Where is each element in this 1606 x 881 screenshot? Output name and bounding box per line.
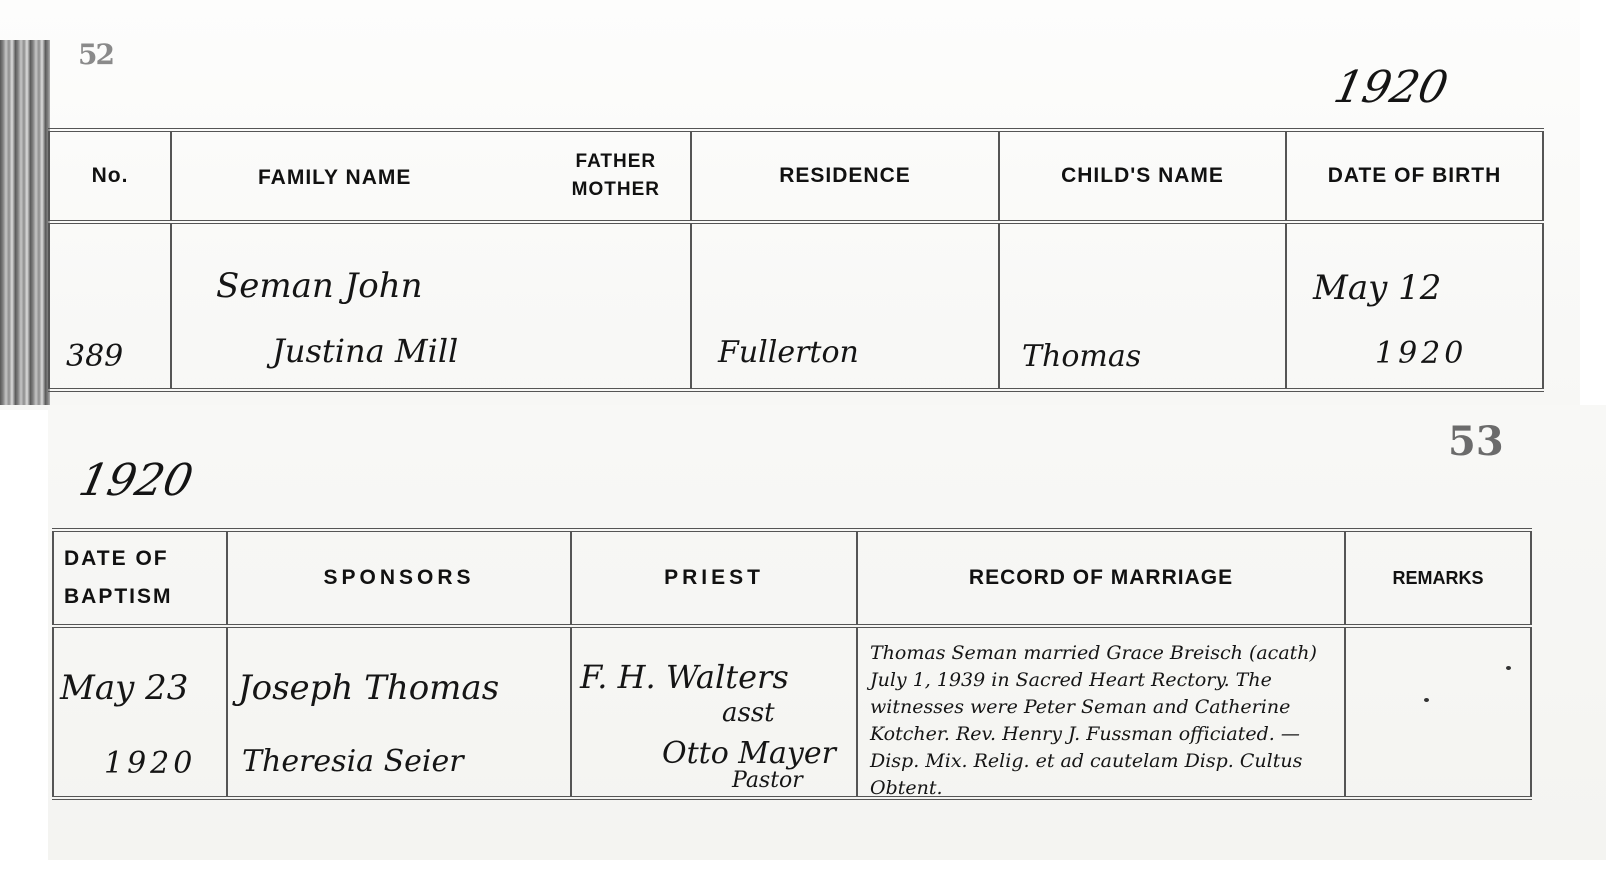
baptism-month-day: May 23 (60, 668, 188, 708)
col-dob-label: DATE OF BIRTH (1328, 164, 1502, 188)
child-name-value: Thomas (1022, 339, 1141, 374)
header-row: No. FAMILY NAME FATHER MOTHER RESIDENCE … (49, 130, 1543, 222)
cell-family-name: Seman John Justina Mill (171, 222, 691, 390)
col-remarks-label: REMARKS (1392, 568, 1483, 589)
col-header-record-of-marriage: RECORD OF MARRIAGE (857, 530, 1345, 626)
cell-entry-no: 389 (49, 222, 171, 390)
cell-date-of-baptism: May 23 1920 (53, 626, 227, 798)
entry-number: 389 (66, 339, 123, 374)
col-no-label: No. (92, 164, 129, 188)
col-header-sponsors: SPONSORS (227, 530, 571, 626)
col-header-family-name: FAMILY NAME FATHER MOTHER (171, 130, 691, 222)
register-entry-row: 389 Seman John Justina Mill Fullerton Th… (49, 222, 1543, 390)
mother-name: Justina Mill (272, 332, 458, 370)
col-residence-label: RESIDENCE (779, 164, 911, 188)
col-mother-label: MOTHER (572, 176, 660, 204)
father-name: Seman John (216, 266, 423, 306)
residence-value: Fullerton (718, 335, 859, 370)
cell-date-of-birth: May 12 1920 (1286, 222, 1543, 390)
col-date-of-baptism-line1: DATE OF (64, 540, 226, 578)
pastor-title: Pastor (732, 768, 803, 793)
priest-name: F. H. Walters (580, 658, 789, 696)
baptism-register-table: DATE OF BAPTISM SPONSORS PRIEST RECORD O… (52, 528, 1532, 800)
col-family-name-label: FAMILY NAME (258, 166, 411, 190)
birth-register-table: No. FAMILY NAME FATHER MOTHER RESIDENCE … (48, 128, 1544, 392)
dob-year: 1920 (1375, 336, 1467, 371)
dob-month-day: May 12 (1313, 268, 1441, 308)
right-page-number: 53 (1448, 418, 1504, 465)
ink-speck (1424, 698, 1429, 702)
col-header-childs-name: CHILD'S NAME (999, 130, 1286, 222)
sponsor-1: Joseph Thomas (238, 668, 499, 708)
priest-title: asst (722, 698, 775, 728)
col-header-date-of-birth: DATE OF BIRTH (1286, 130, 1543, 222)
col-sponsors-label: SPONSORS (323, 566, 474, 590)
book-binding (0, 40, 50, 405)
pastor-signature: Otto Mayer (662, 736, 836, 771)
col-father-label: FATHER (572, 148, 660, 176)
col-header-no: No. (49, 130, 171, 222)
cell-residence: Fullerton (691, 222, 999, 390)
col-header-residence: RESIDENCE (691, 130, 999, 222)
marriage-record-text: Thomas Seman married Grace Breisch (acat… (870, 640, 1332, 802)
left-page-number: 52 (78, 38, 113, 71)
cell-record-of-marriage: Thomas Seman married Grace Breisch (acat… (857, 626, 1345, 798)
header-row: DATE OF BAPTISM SPONSORS PRIEST RECORD O… (53, 530, 1531, 626)
baptism-entry-row: May 23 1920 Joseph Thomas Theresia Seier… (53, 626, 1531, 798)
col-date-of-baptism-line2: BAPTISM (64, 578, 226, 616)
cell-remarks (1345, 626, 1531, 798)
sponsor-2: Theresia Seier (242, 744, 464, 779)
col-childs-name-label: CHILD'S NAME (1061, 164, 1224, 188)
col-priest-label: PRIEST (664, 566, 764, 590)
right-page-year: 1920 (75, 455, 198, 506)
col-date-of-baptism-label: DATE OF BAPTISM (54, 540, 226, 616)
col-header-remarks: REMARKS (1345, 530, 1531, 626)
col-header-date-of-baptism: DATE OF BAPTISM (53, 530, 227, 626)
cell-sponsors: Joseph Thomas Theresia Seier (227, 626, 571, 798)
ink-speck (1506, 666, 1511, 670)
col-header-priest: PRIEST (571, 530, 857, 626)
col-marriage-label: RECORD OF MARRIAGE (969, 566, 1233, 590)
cell-priest: F. H. Walters asst Otto Mayer Pastor (571, 626, 857, 798)
left-page-year: 1920 (1330, 62, 1453, 113)
baptism-year: 1920 (104, 746, 196, 781)
cell-child-name: Thomas (999, 222, 1286, 390)
father-mother-stack: FATHER MOTHER (572, 148, 660, 204)
